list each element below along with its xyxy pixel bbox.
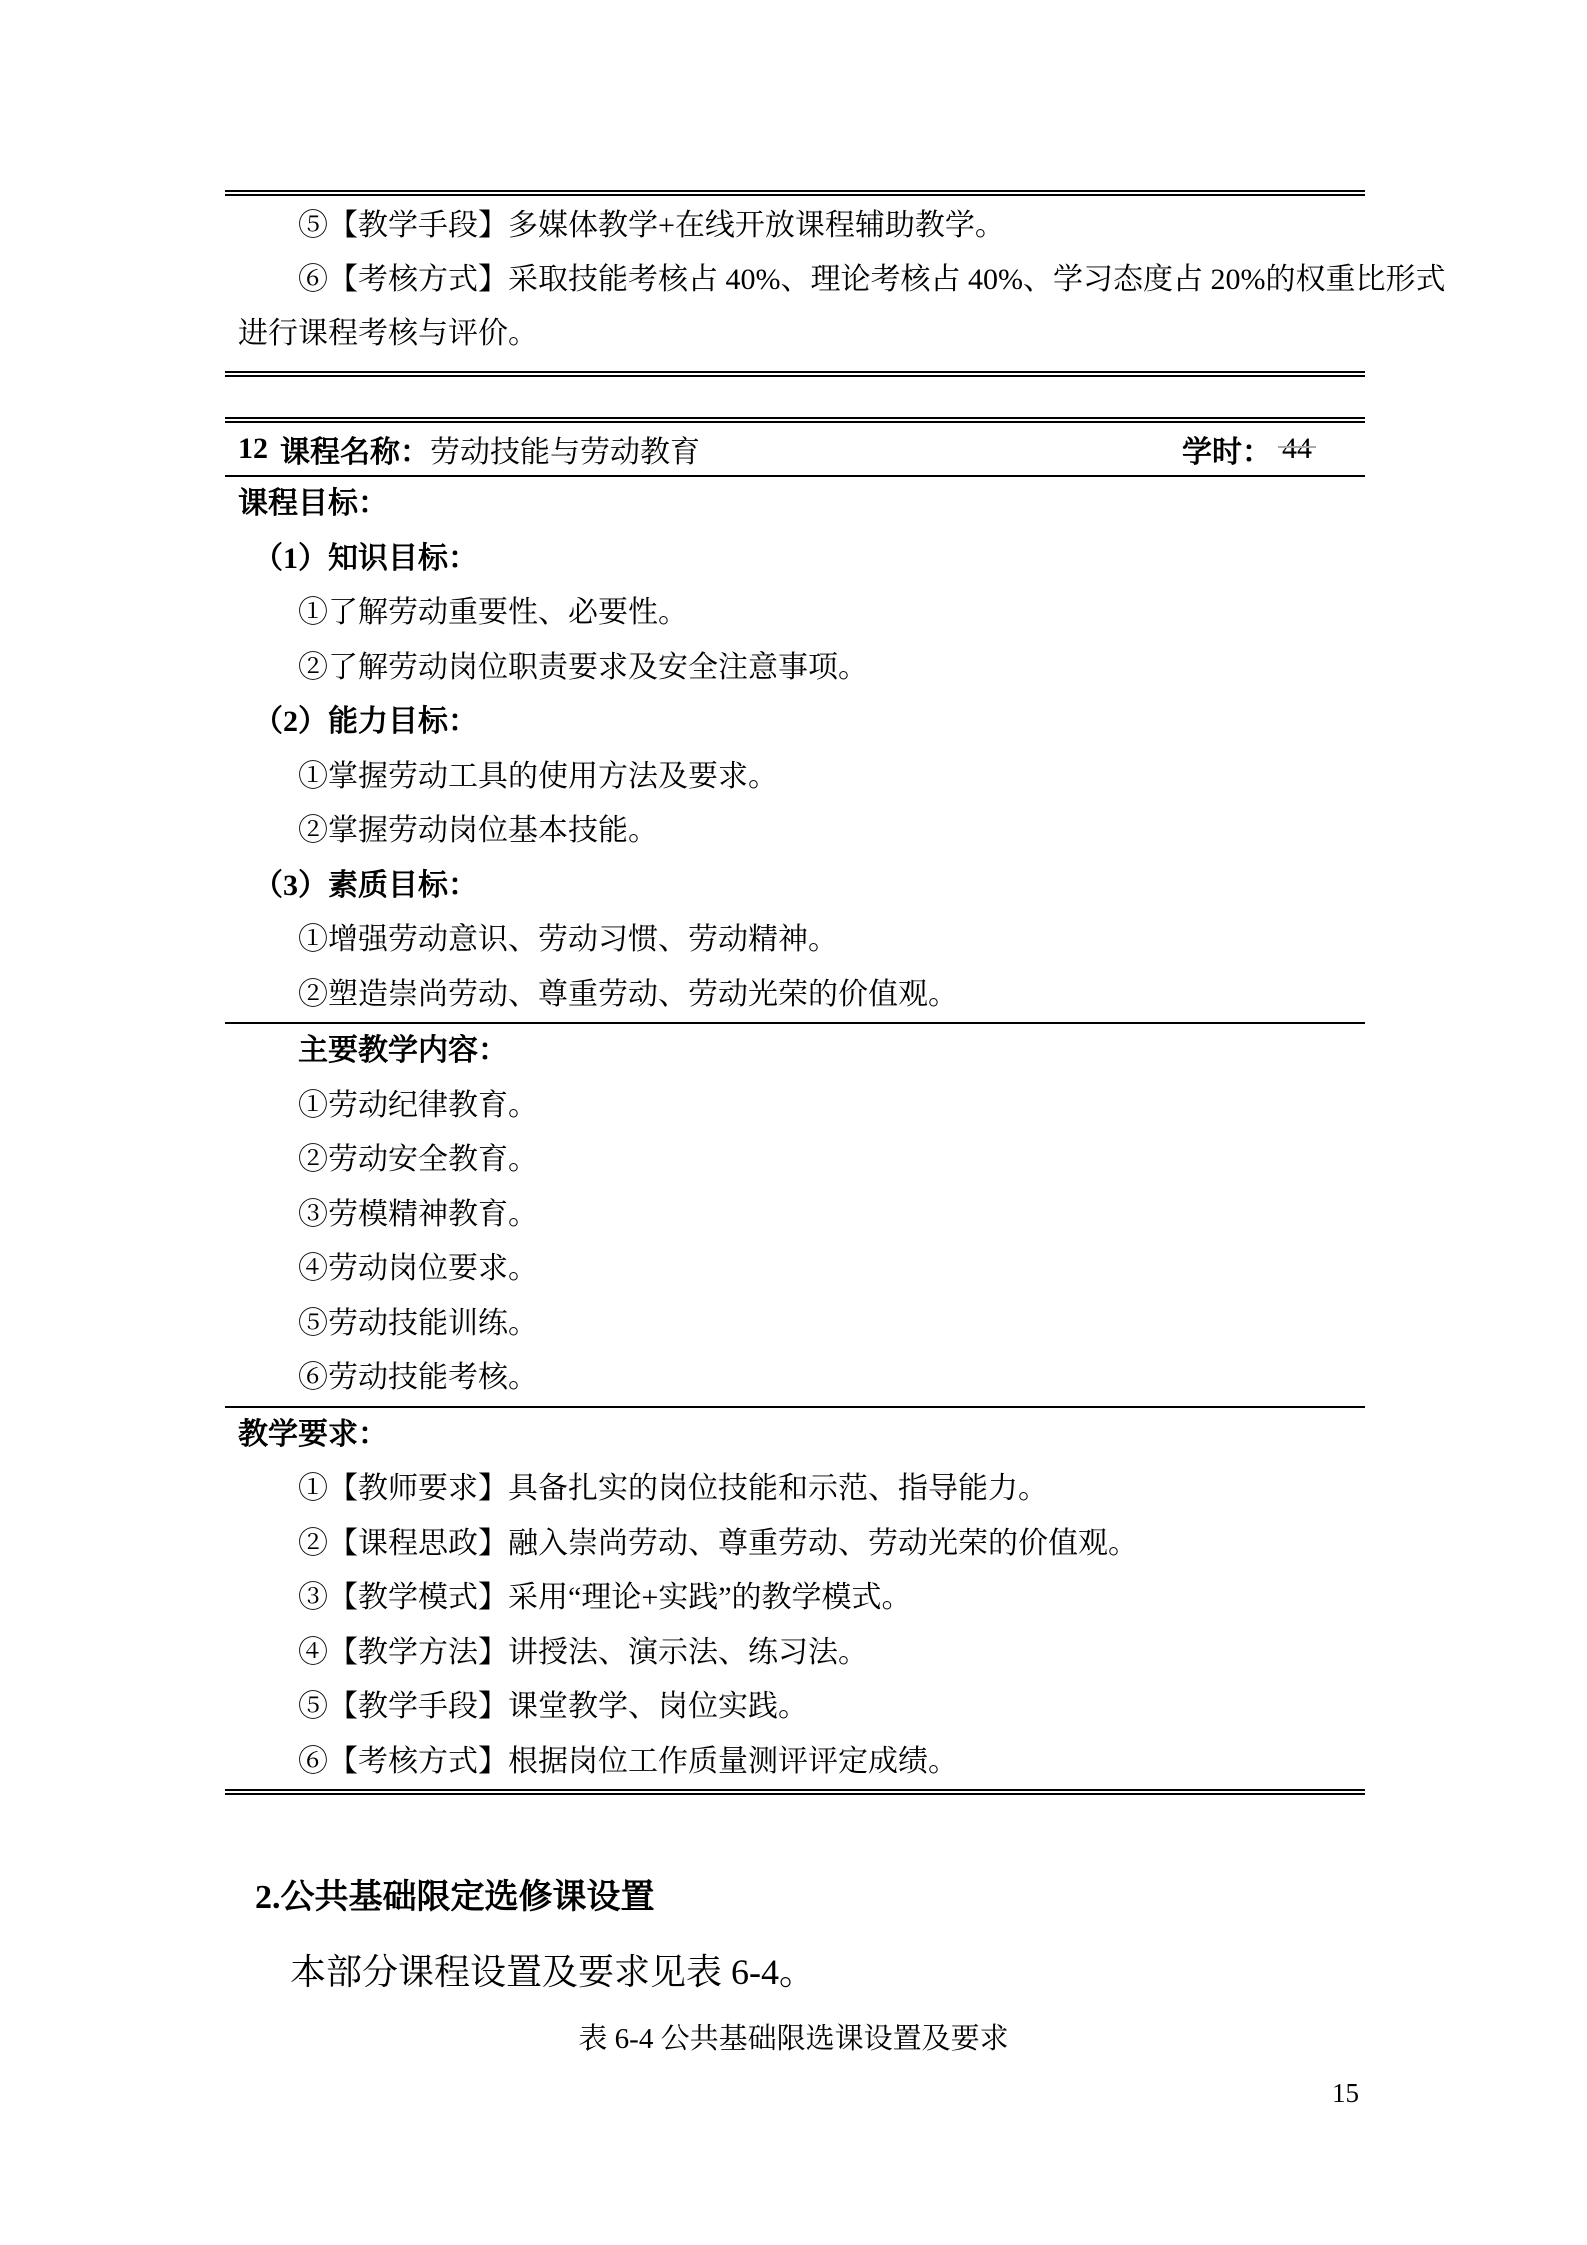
section-heading: 2.公共基础限定选修课设置 — [255, 1876, 655, 1920]
table-caption: 表 6-4 公共基础限选课设置及要求 — [0, 2020, 1587, 2058]
assessment-line: ⑥【考核方式】采取技能考核占 40%、理论考核占 40%、学习态度占 20%的权… — [225, 253, 1365, 307]
knowledge-goal-item: ①了解劳动重要性、必要性。 — [225, 586, 1365, 641]
hours-value: 44 — [1282, 432, 1312, 466]
knowledge-goal-item: ②了解劳动岗位职责要求及安全注意事项。 — [225, 641, 1365, 696]
course-name-label: 课程名称： — [280, 427, 430, 471]
course-number: 12 — [238, 432, 268, 466]
ability-goal-heading: （2）能力目标： — [225, 695, 1365, 750]
content-title: 主要教学内容： — [225, 1024, 1365, 1079]
content-item: ②劳动安全教育。 — [225, 1133, 1365, 1188]
requirement-item: ④【教学方法】讲授法、演示法、练习法。 — [225, 1626, 1365, 1681]
quality-goal-item: ①增强劳动意识、劳动习惯、劳动精神。 — [225, 913, 1365, 968]
content-item: ④劳动岗位要求。 — [225, 1242, 1365, 1297]
requirement-item: ②【课程思政】融入崇尚劳动、尊重劳动、劳动光荣的价值观。 — [225, 1517, 1365, 1572]
page-number: 15 — [1332, 2076, 1359, 2110]
content-item: ③劳模精神教育。 — [225, 1188, 1365, 1243]
course-header-row: 12 课程名称： 劳动技能与劳动教育 学时： 44 — [225, 423, 1365, 477]
course-12-table: 12 课程名称： 劳动技能与劳动教育 学时： 44 课程目标： （1）知识目标：… — [225, 417, 1365, 1795]
ability-goal-item: ②掌握劳动岗位基本技能。 — [225, 804, 1365, 859]
section-paragraph: 本部分课程设置及要求见表 6-4。 — [290, 1948, 815, 1996]
quality-goal-item: ②塑造崇尚劳动、尊重劳动、劳动光荣的价值观。 — [225, 968, 1365, 1023]
requirement-item: ⑥【考核方式】根据岗位工作质量测评评定成绩。 — [225, 1735, 1365, 1790]
quality-goal-heading: （3）素质目标： — [225, 859, 1365, 914]
assessment-continuation-line: 进行课程考核与评价。 — [225, 307, 1365, 361]
teaching-content-section: 主要教学内容： ①劳动纪律教育。 ②劳动安全教育。 ③劳模精神教育。 ④劳动岗位… — [225, 1024, 1365, 1408]
requirements-title: 教学要求： — [225, 1408, 1365, 1463]
requirement-item: ①【教师要求】具备扎实的岗位技能和示范、指导能力。 — [225, 1462, 1365, 1517]
document-page: ⑤【教学手段】多媒体教学+在线开放课程辅助教学。 ⑥【考核方式】采取技能考核占 … — [0, 0, 1587, 2245]
content-item: ⑤劳动技能训练。 — [225, 1297, 1365, 1352]
content-item: ①劳动纪律教育。 — [225, 1079, 1365, 1134]
ability-goal-item: ①掌握劳动工具的使用方法及要求。 — [225, 750, 1365, 805]
teaching-requirements-section: 教学要求： ①【教师要求】具备扎实的岗位技能和示范、指导能力。 ②【课程思政】融… — [225, 1408, 1365, 1790]
course-11-table-continued: ⑤【教学手段】多媒体教学+在线开放课程辅助教学。 ⑥【考核方式】采取技能考核占 … — [225, 190, 1365, 377]
requirement-item: ⑤【教学手段】课堂教学、岗位实践。 — [225, 1680, 1365, 1735]
course-name: 劳动技能与劳动教育 — [430, 427, 700, 471]
content-item: ⑥劳动技能考核。 — [225, 1351, 1365, 1406]
requirement-item: ③【教学模式】采用“理论+实践”的教学模式。 — [225, 1571, 1365, 1626]
knowledge-goal-heading: （1）知识目标： — [225, 532, 1365, 587]
teaching-method-line: ⑤【教学手段】多媒体教学+在线开放课程辅助教学。 — [225, 199, 1365, 253]
hours-label: 学时： — [1182, 427, 1272, 471]
objectives-section: 课程目标： （1）知识目标： ①了解劳动重要性、必要性。 ②了解劳动岗位职责要求… — [225, 477, 1365, 1024]
objectives-title: 课程目标： — [225, 477, 1365, 532]
